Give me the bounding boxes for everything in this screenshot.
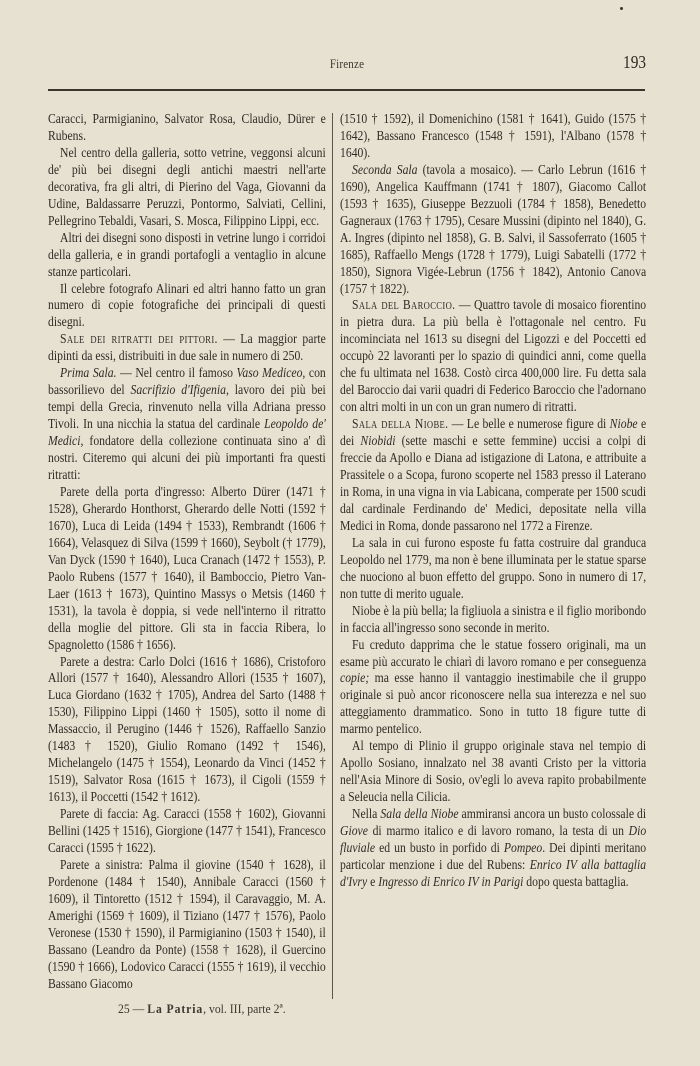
paragraph-prima-sala: Prima Sala. — Nel centro il famoso Vaso …	[48, 365, 326, 484]
paragraph: Parete a sinistra: Palma il giovine (154…	[48, 857, 326, 993]
paragraph-sala-baroccio: Sala del Baroccio. — Quattro tavole di m…	[340, 297, 646, 416]
paragraph: Parete a destra: Carlo Dolci (1616 † 168…	[48, 654, 326, 807]
paragraph-sala-niobe: Sala della Niobe. — Le belle e numerose …	[340, 416, 646, 535]
page-footer: 25 — La Patria, vol. III, parte 2ª.	[118, 1001, 286, 1017]
paragraph: Parete della porta d'ingresso: Alberto D…	[48, 484, 326, 654]
section-heading: Seconda Sala	[352, 162, 417, 177]
header-rule	[48, 89, 645, 91]
column-divider	[332, 113, 333, 999]
section-heading: Prima Sala.	[60, 365, 116, 380]
section-heading: Sale dei ritratti dei pittori.	[60, 331, 218, 346]
paragraph: Il celebre fotografo Alinari ed altri ha…	[48, 281, 326, 332]
paragraph: La sala in cui furono esposte fu fatta c…	[340, 535, 646, 603]
paragraph: Nel centro della galleria, sotto vetrine…	[48, 145, 326, 230]
signature-mark: 25 —	[118, 1001, 147, 1016]
paragraph: (1510 † 1592), il Domenichino (1581 † 16…	[340, 111, 646, 162]
print-speck	[620, 7, 623, 10]
running-title: Firenze	[93, 56, 601, 72]
page-number: 193	[623, 52, 646, 73]
paragraph-seconda-sala: Seconda Sala (tavola a mosaico). — Carlo…	[340, 162, 646, 298]
right-column: (1510 † 1592), il Domenichino (1581 † 16…	[340, 111, 646, 891]
paragraph-sale-ritratti: Sale dei ritratti dei pittori. — La magg…	[48, 331, 326, 365]
paragraph: Parete di faccia: Ag. Caracci (1558 † 16…	[48, 806, 326, 857]
paragraph: Nella Sala della Niobe ammiransi ancora …	[340, 806, 646, 891]
paragraph: Niobe è la più bella; la figliuola a sin…	[340, 603, 646, 637]
section-heading: Sala della Niobe.	[352, 416, 448, 431]
paragraph: Al tempo di Plinio il gruppo originale s…	[340, 738, 646, 806]
paragraph: Fu creduto dapprima che le statue fosser…	[340, 637, 646, 739]
publication-title: La Patria	[147, 1001, 203, 1016]
page-header: Firenze 193	[48, 52, 646, 76]
paragraph: Altri dei disegni sono disposti in vetri…	[48, 230, 326, 281]
volume-info: , vol. III, parte 2ª.	[203, 1001, 286, 1016]
section-heading: Sala del Baroccio.	[352, 297, 455, 312]
paragraph: Caracci, Parmigianino, Salvator Rosa, Cl…	[48, 111, 326, 145]
left-column: Caracci, Parmigianino, Salvator Rosa, Cl…	[48, 111, 326, 993]
